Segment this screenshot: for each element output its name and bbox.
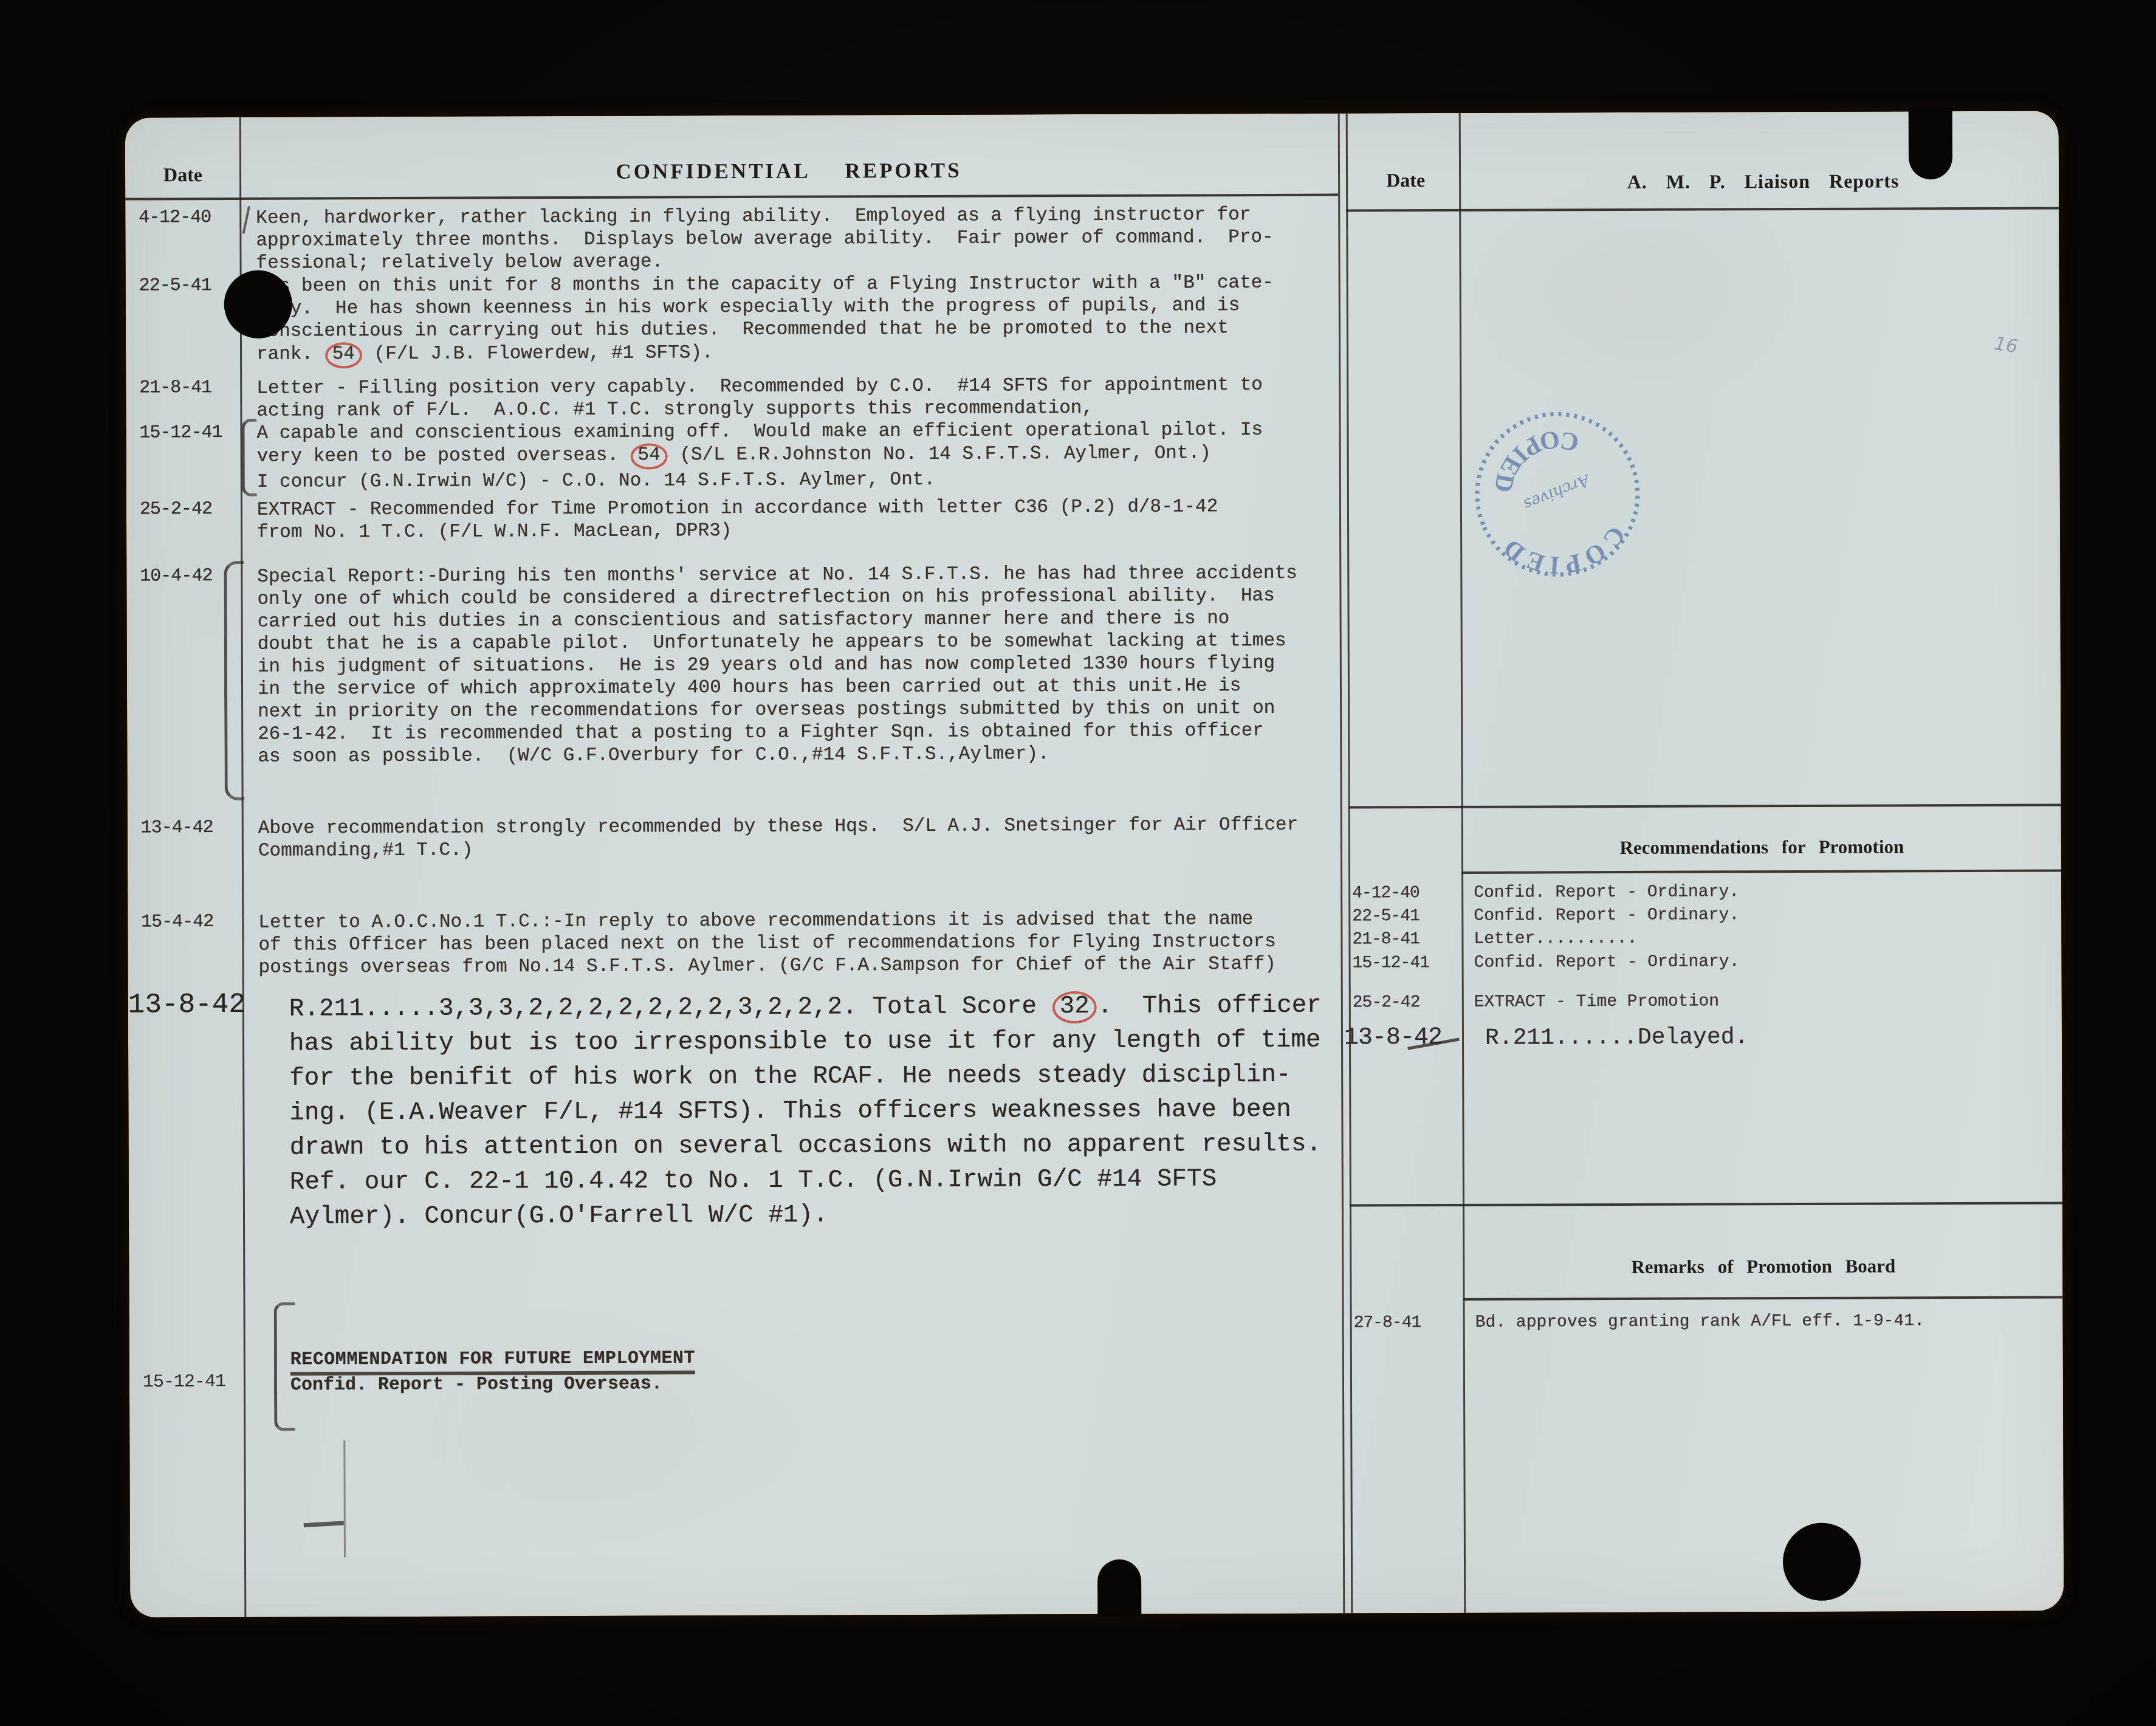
right-date-column-header: Date (1354, 169, 1457, 192)
report-text-line: R.211.....3,3,3,2,2,2,2,2,2,2,3,2,2,2. T… (289, 989, 1347, 1027)
promotion-entry-date: 4-12-40 (1352, 884, 1460, 903)
report-text: R.211.....3,3,3,2,2,2,2,2,2,2,3,2,2,2. T… (289, 989, 1347, 1235)
report-text-line: postings overseas from No.14 S.F.T.S. Ay… (259, 953, 1347, 979)
card-notch-top (1909, 108, 1952, 179)
promotion-entry-text: R.211......Delayed. (1485, 1023, 2073, 1051)
rule-right-header (1346, 207, 2059, 211)
report-text: Keen, hardworker, rather lacking in flyi… (256, 204, 1344, 275)
report-text: A capable and conscientious examining of… (256, 419, 1344, 493)
report-text-line: ing. (E.A.Weaver F/L, #14 SFTS). This of… (289, 1093, 1347, 1131)
promotion-entry: 21-8-41Letter.......... (1352, 927, 2063, 954)
pencil-line (343, 1440, 346, 1557)
promotion-entry: 15-12-41Confid. Report - Ordinary. (1353, 951, 2064, 978)
report-text-line: acting rank of F/L. A.O.C. #1 T.C. stron… (256, 396, 1344, 422)
promotion-board-entry: 27-8-41 Bd. approves granting rank A/FL … (1354, 1311, 2065, 1338)
report-text-line: Commanding,#1 T.C.) (258, 836, 1346, 862)
card-notch-bottom (1097, 1559, 1141, 1617)
punch-hole-top-left (224, 270, 292, 339)
report-row: 15-4-42Letter to A.O.C.No.1 T.C.:-In rep… (128, 908, 1343, 912)
report-text-line: rank. 54 (F/L J.B. Flowerdew, #1 SFTS). (256, 339, 1344, 369)
report-row: 13-4-42Above recommendation strongly rec… (128, 814, 1343, 818)
report-text-line: I concur (G.N.Irwin W/C) - C.O. No. 14 S… (257, 467, 1345, 493)
report-date: 25-2-42 (140, 499, 249, 520)
report-text-line: A capable and conscientious examining of… (256, 419, 1344, 445)
report-text: Has been on this unit for 8 months in th… (256, 272, 1345, 369)
promotion-entry: 4-12-40Confid. Report - Ordinary. (1352, 881, 2063, 908)
pencil-dash (304, 1521, 344, 1528)
promotion-entry: 22-5-41Confid. Report - Ordinary. (1352, 904, 2063, 931)
report-text-line: for the benifit of his work on the RCAF.… (289, 1058, 1347, 1096)
report-text-line: Aylmer). Concur(G.O'Farrell W/C #1). (290, 1197, 1347, 1235)
promotion-entry-date: 21-8-41 (1352, 930, 1460, 949)
future-employment-title: RECOMMENDATION FOR FUTURE EMPLOYMENT (290, 1348, 695, 1375)
report-text-line: in the service of which approximately 40… (258, 675, 1345, 701)
promotion-entry-text: EXTRACT - Time Promotion (1474, 991, 2062, 1011)
report-row: 10-4-42Special Report:-During his ten mo… (126, 562, 1342, 566)
red-circled-score: 54 (325, 342, 362, 368)
report-row: 13-8-42R.211.....3,3,3,2,2,2,2,2,2,2,3,2… (128, 989, 1344, 993)
report-row: 21-8-41Letter - Filling position very ca… (126, 374, 1341, 378)
rule-promotion-section-top (1348, 803, 2061, 808)
promotion-entry-text: Confid. Report - Ordinary. (1474, 951, 2062, 972)
report-date: 13-8-42 (128, 989, 280, 1021)
promotion-recommendations-list: 4-12-40Confid. Report - Ordinary.22-5-41… (125, 111, 2059, 117)
svg-text:COPIED: COPIED (1491, 491, 1637, 603)
report-text-line: in his judgment of situations. He is 29 … (258, 652, 1345, 678)
copied-archives-stamp: COPIED COPIED Archives (1438, 376, 1676, 613)
ink-bracket-recommendation (274, 1302, 296, 1431)
pencil-note: 16 (1993, 333, 2019, 357)
promotion-recommendations-title: Recommendations for Promotion (1463, 835, 2061, 859)
report-text: Letter - Filling position very capably. … (256, 374, 1344, 422)
report-text-line: drawn to his attention on several occasi… (290, 1127, 1347, 1166)
promotion-entry: 13-8-42R.211......Delayed. (1353, 1025, 2064, 1052)
ink-bracket (241, 419, 256, 497)
report-date: 15-4-42 (141, 912, 250, 933)
promotion-board-entry-date: 27-8-41 (1354, 1313, 1462, 1333)
report-text-line: Letter to A.O.C.No.1 T.C.:-In reply to a… (258, 908, 1346, 934)
report-text-line: of this Officer has been placed next on … (258, 930, 1346, 957)
report-text-line: fessional; relatively below average. (256, 249, 1344, 275)
report-text-line: has ability but is too irresponsible to … (289, 1023, 1347, 1062)
report-date: 13-4-42 (141, 817, 250, 839)
future-employment-text: Confid. Report - Posting Overseas. (290, 1374, 662, 1395)
stamp-word-center: Archives (1521, 470, 1593, 514)
report-text-line: Special Report:-During his ten months' s… (257, 562, 1345, 588)
page-title: CONFIDENTIAL REPORTS (239, 157, 1338, 185)
promotion-entry-date: 15-12-41 (1353, 954, 1461, 973)
scan-background: Date CONFIDENTIAL REPORTS Date A. M. P. … (0, 0, 2156, 1726)
promotion-entry-date: 13-8-42 (1344, 1024, 1452, 1052)
report-date: 15-12-41 (139, 422, 249, 444)
stamp-word-top: COPIED (1491, 491, 1637, 603)
red-circled-score: 54 (630, 443, 667, 469)
report-text: Above recommendation strongly recommende… (258, 814, 1346, 862)
report-text-line: doubt that he is a capable pilot. Unfort… (258, 630, 1345, 656)
rule-left-header (125, 194, 1338, 201)
rule-promotion-title (1461, 869, 2061, 873)
report-text-line: only one of which could be considered a … (257, 585, 1345, 611)
red-circled-score: 32 (1052, 991, 1097, 1023)
future-employment-date: 15-12-41 (143, 1372, 225, 1392)
report-text-line: very keen to be posted overseas. 54 (S/L… (257, 441, 1345, 471)
report-row: 4-12-40Keen, hardworker, rather lacking … (125, 204, 1341, 208)
report-text-line: Has been on this unit for 8 months in th… (256, 272, 1344, 298)
report-text: EXTRACT - Recommended for Time Promotion… (257, 495, 1345, 544)
left-date-column-header: Date (131, 163, 235, 187)
report-text: Letter to A.O.C.No.1 T.C.:-In reply to a… (258, 908, 1346, 979)
punch-hole-bottom-right (1783, 1523, 1861, 1601)
report-text-line: gory. He has shown keenness in his work … (256, 294, 1344, 320)
promotion-entry-text: Confid. Report - Ordinary. (1474, 904, 2062, 925)
promotion-entry-text: Letter.......... (1474, 927, 2062, 948)
promotion-board-entry-text: Bd. approves granting rank A/FL eff. 1-9… (1475, 1311, 2064, 1332)
report-row: 25-2-42EXTRACT - Recommended for Time Pr… (126, 495, 1342, 500)
report-date: 21-8-41 (139, 377, 249, 399)
promotion-entry-date: 25-2-42 (1353, 993, 1461, 1013)
promotion-entry-date: 22-5-41 (1352, 907, 1460, 926)
rule-remarks-title (1463, 1296, 2062, 1300)
promotion-entry-text: Confid. Report - Ordinary. (1474, 881, 2062, 902)
report-text-line: as soon as possible. (W/C G.F.Overbury f… (258, 742, 1345, 768)
report-text-line: from No. 1 T.C. (F/L W.N.F. MacLean, DPR… (257, 518, 1345, 544)
report-text-line: Letter - Filling position very capably. … (256, 374, 1344, 400)
report-text-line: next in priority on the recommendations … (258, 697, 1345, 723)
report-text-line: EXTRACT - Recommended for Time Promotion… (257, 495, 1345, 521)
record-card: Date CONFIDENTIAL REPORTS Date A. M. P. … (125, 111, 2064, 1617)
promotion-entry: 25-2-42EXTRACT - Time Promotion (1353, 991, 2064, 1017)
divider-main-right-b (1346, 114, 1353, 1614)
rule-remarks-section-top (1350, 1202, 2062, 1206)
report-text-line: approximately three months. Displays bel… (256, 226, 1344, 252)
divider-right-date-column (1459, 113, 1466, 1613)
ink-bracket-special-report (224, 561, 244, 800)
report-text-line: 26-1-42. It is recommended that a postin… (258, 720, 1345, 746)
report-text-line: Above recommendation strongly recommende… (258, 814, 1346, 840)
report-text-line: carried out his duties in a conscientiou… (258, 607, 1345, 633)
report-date: 4-12-40 (139, 207, 248, 229)
confidential-reports-table: 4-12-40Keen, hardworker, rather lacking … (125, 111, 2059, 117)
report-text-line: Keen, hardworker, rather lacking in flyi… (256, 204, 1344, 230)
promotion-board-title: Remarks of Promotion Board (1464, 1254, 2062, 1278)
report-text: Special Report:-During his ten months' s… (257, 562, 1345, 768)
amp-liaison-reports-title: A. M. P. Liaison Reports (1468, 169, 2059, 193)
report-text-line: Ref. our C. 22-1 10.4.42 to No. 1 T.C. (… (290, 1162, 1347, 1200)
divider-left-date-column (239, 117, 247, 1617)
report-text-line: conscientious in carrying out his duties… (256, 317, 1344, 343)
